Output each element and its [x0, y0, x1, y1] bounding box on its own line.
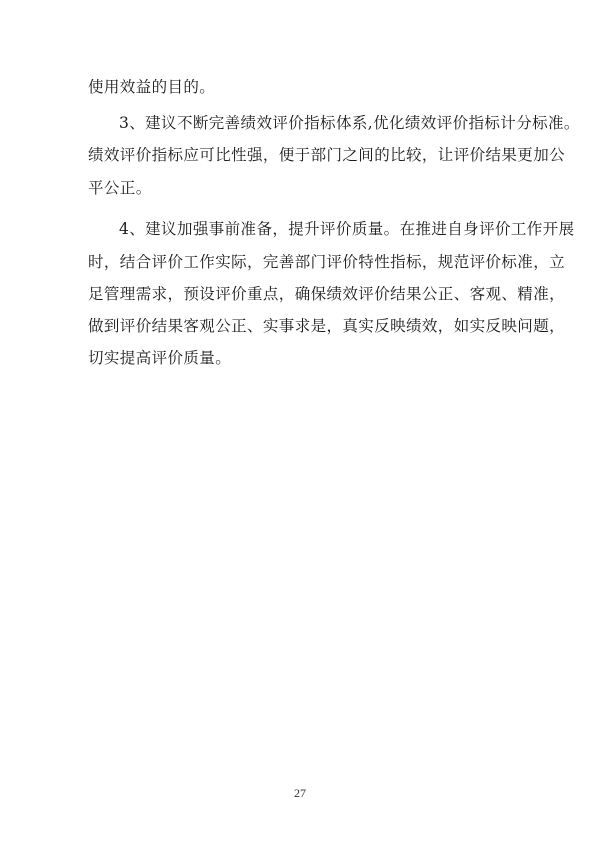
paragraph-4-line-1: 4、建议加强事前准备，提升评价质量。在推进自身评价工作开展	[119, 219, 555, 239]
paragraph-3-line-2: 绩效评价指标应可比性强，便于部门之间的比较，让评价结果更加公	[88, 145, 524, 165]
paragraph-4-line-5: 切实提高评价质量。	[88, 348, 524, 368]
paragraph-continuation-line: 使用效益的目的。	[88, 77, 524, 97]
paragraph-4-line-3: 足管理需求，预设评价重点，确保绩效评价结果公正、客观、精准，	[88, 284, 524, 304]
paragraph-4-line-2: 时，结合评价工作实际，完善部门评价特性指标，规范评价标准，立	[88, 252, 524, 272]
paragraph-3-line-1: 3、建议不断完善绩效评价指标体系,优化绩效评价指标计分标准。	[119, 113, 555, 133]
paragraph-4-line-4: 做到评价结果客观公正、实事求是，真实反映绩效，如实反映问题，	[88, 316, 524, 336]
page-number: 27	[0, 786, 600, 801]
paragraph-3-line-3: 平公正。	[88, 178, 524, 198]
